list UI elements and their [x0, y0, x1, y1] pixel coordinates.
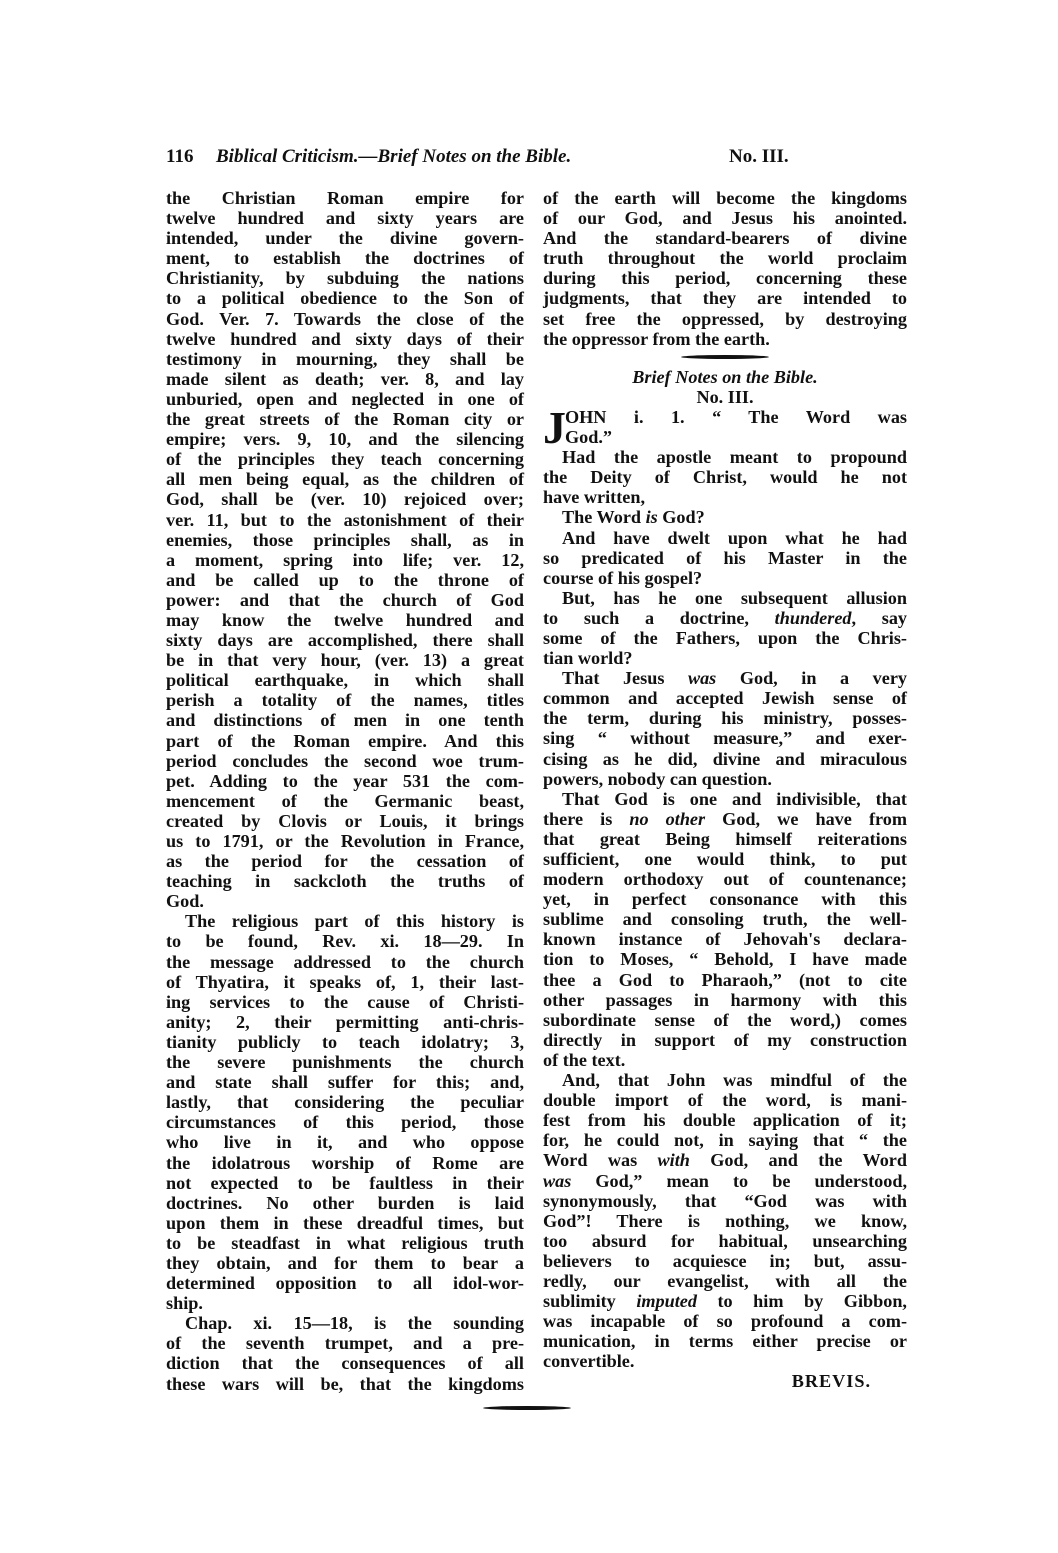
- text-line: twelve hundred and sixty years are: [166, 208, 524, 228]
- text-line: doctrines. No other burden is laid: [166, 1193, 524, 1213]
- text-line: sixty days are accomplished, there shall: [166, 630, 524, 650]
- text-line: And, that John was mindful of the: [543, 1070, 907, 1090]
- text-line: common and accepted Jewish sense of: [543, 688, 907, 708]
- text-line: the great streets of the Roman city or: [166, 409, 524, 429]
- text-line: as the period for the cessation of: [166, 851, 524, 871]
- text-line: for, he could not, in saying that “ the: [543, 1130, 907, 1150]
- text-line: the Deity of Christ, would he not: [543, 467, 907, 487]
- text-line: upon them in these dreadful times, but: [166, 1213, 524, 1233]
- text-line: directly in support of my construction: [543, 1030, 907, 1050]
- text-line: the message addressed to the church: [166, 952, 524, 972]
- text-line: Word was with God, and the Word: [543, 1150, 907, 1170]
- text-line: ship.: [166, 1293, 524, 1313]
- text-line: the Christian Roman empire for: [166, 188, 524, 208]
- text-line: Chap. xi. 15—18, is the sounding: [166, 1313, 524, 1333]
- right-column: of the earth will become the kingdomsof …: [543, 188, 907, 1392]
- text-line: lastly, that considering the peculiar: [166, 1092, 524, 1112]
- text-line: teaching in sackcloth the truths of: [166, 871, 524, 891]
- text-line: anity; 2, their permitting anti-chris-: [166, 1012, 524, 1032]
- text-line: Christianity, by subduing the nations: [166, 268, 524, 288]
- text-line: That Jesus was God, in a very: [543, 668, 907, 688]
- text-line: Had the apostle meant to propound: [543, 447, 907, 467]
- text-line: to such a doctrine, thundered, say: [543, 608, 907, 628]
- text-line: And have dwelt upon what he had: [543, 528, 907, 548]
- text-line: redly, our evangelist, with all the: [543, 1271, 907, 1291]
- section-title: Brief Notes on the Bible.: [543, 367, 907, 387]
- text-line: twelve hundred and sixty days of their: [166, 329, 524, 349]
- author-signature: BREVIS.: [543, 1371, 907, 1391]
- text-line: ment, to establish the doctrines of: [166, 248, 524, 268]
- text-line: political earthquake, in which shall: [166, 670, 524, 690]
- text-line: ing services to the cause of Christi-: [166, 992, 524, 1012]
- text-line: perish a totality of the names, titles: [166, 690, 524, 710]
- text-line: during this period, concerning these: [543, 268, 907, 288]
- text-line: may know the twelve hundred and: [166, 610, 524, 630]
- text-line: circumstances of this period, those: [166, 1112, 524, 1132]
- verse-line-1: OHN i. 1. “ The Word was: [565, 407, 907, 427]
- text-line: sufficient, one would think, to put: [543, 849, 907, 869]
- text-line: the severe punishments the church: [166, 1052, 524, 1072]
- page-number: 116: [166, 146, 193, 168]
- text-line: sublimity imputed to him by Gibbon,: [543, 1291, 907, 1311]
- text-line: power: and that the church of God: [166, 590, 524, 610]
- text-line: thee a God to Pharaoh,” (not to cite: [543, 970, 907, 990]
- text-line: empire; vers. 9, 10, and the silencing: [166, 429, 524, 449]
- text-line: the idolatrous worship of Rome are: [166, 1153, 524, 1173]
- text-line: God. Ver. 7. Towards the close of the: [166, 309, 524, 329]
- page-end-ornament: [483, 1406, 571, 1410]
- left-column: the Christian Roman empire fortwelve hun…: [166, 188, 524, 1394]
- right-column-intro: of the earth will become the kingdomsof …: [543, 188, 907, 349]
- text-line: not expected to be faultless in their: [166, 1173, 524, 1193]
- text-line: and state shall suffer for this; and,: [166, 1072, 524, 1092]
- verse-heading: J OHN i. 1. “ The Word was God.”: [543, 407, 907, 447]
- text-line: to be steadfast in what religious truth: [166, 1233, 524, 1253]
- text-line: too absurd for habitual, unsearching: [543, 1231, 907, 1251]
- text-line: powers, nobody can question.: [543, 769, 907, 789]
- text-line: was God,” mean to be understood,: [543, 1171, 907, 1191]
- text-line: But, has he one subsequent allusion: [543, 588, 907, 608]
- text-line: have written,: [543, 487, 907, 507]
- text-line: part of the Roman empire. And this: [166, 731, 524, 751]
- text-line: believers to acquiesce in; but, assu-: [543, 1251, 907, 1271]
- text-line: us to 1791, or the Revolution in France,: [166, 831, 524, 851]
- running-title: Biblical Criticism.—Brief Notes on the B…: [216, 146, 571, 168]
- text-line: all men being equal, as the children of: [166, 469, 524, 489]
- text-line: there is no other God, we have from: [543, 809, 907, 829]
- text-line: modern orthodoxy out of countenance;: [543, 869, 907, 889]
- text-line: truth throughout the world proclaim: [543, 248, 907, 268]
- text-line: of the seventh trumpet, and a pre-: [166, 1333, 524, 1353]
- text-line: determined opposition to all idol-wor-: [166, 1273, 524, 1293]
- text-line: made silent as death; ver. 8, and lay: [166, 369, 524, 389]
- text-line: tion to Moses, “ Behold, I have made: [543, 949, 907, 969]
- text-line: munication, in terms either precise or: [543, 1331, 907, 1351]
- issue-number: No. III.: [729, 146, 789, 168]
- text-line: cising as he did, divine and miraculous: [543, 749, 907, 769]
- text-line: ver. 11, but to the astonishment of thei…: [166, 510, 524, 530]
- text-line: so predicated of his Master in the: [543, 548, 907, 568]
- text-line: of our God, and Jesus his anointed.: [543, 208, 907, 228]
- right-column-body: Had the apostle meant to propoundthe Dei…: [543, 447, 907, 1371]
- text-line: The Word is God?: [543, 507, 907, 527]
- text-line: of the principles they teach concerning: [166, 449, 524, 469]
- text-line: testimony in mourning, they shall be: [166, 349, 524, 369]
- text-line: that great Being himself reiterations: [543, 829, 907, 849]
- text-line: be in that very hour, (ver. 13) a great: [166, 650, 524, 670]
- section-divider-ornament: [681, 355, 769, 359]
- text-line: these wars will be, that the kingdoms: [166, 1374, 524, 1394]
- text-line: fest from his double application of it;: [543, 1110, 907, 1130]
- text-line: tianity publicly to teach idolatry; 3,: [166, 1032, 524, 1052]
- text-line: tian world?: [543, 648, 907, 668]
- text-line: period concludes the second woe trum-: [166, 751, 524, 771]
- text-line: of the earth will become the kingdoms: [543, 188, 907, 208]
- text-line: set free the oppressed, by destroying: [543, 309, 907, 329]
- text-line: diction that the consequences of all: [166, 1353, 524, 1373]
- text-line: other passages in harmony with this: [543, 990, 907, 1010]
- text-line: the oppressor from the earth.: [543, 329, 907, 349]
- text-line: unburied, open and neglected in one of: [166, 389, 524, 409]
- text-line: judgments, that they are intended to: [543, 288, 907, 308]
- text-line: of the text.: [543, 1050, 907, 1070]
- running-header: 116 Biblical Criticism.—Brief Notes on t…: [166, 146, 886, 170]
- text-line: to be found, Rev. xi. 18—29. In: [166, 931, 524, 951]
- text-line: pet. Adding to the year 531 the com-: [166, 771, 524, 791]
- text-line: intended, under the divine govern-: [166, 228, 524, 248]
- text-line: and distinctions of men in one tenth: [166, 710, 524, 730]
- text-line: created by Clovis or Louis, it brings: [166, 811, 524, 831]
- text-line: mencement of the Germanic beast,: [166, 791, 524, 811]
- text-line: known instance of Jehovah's declara-: [543, 929, 907, 949]
- text-line: enemies, those principles shall, as in: [166, 530, 524, 550]
- text-line: subordinate sense of the word,) comes: [543, 1010, 907, 1030]
- text-line: sing “ without measure,” and exer-: [543, 728, 907, 748]
- text-line: was incapable of so profound a com-: [543, 1311, 907, 1331]
- text-line: God.: [166, 891, 524, 911]
- section-number: No. III.: [543, 387, 907, 407]
- text-line: double import of the word, is mani-: [543, 1090, 907, 1110]
- text-line: course of his gospel?: [543, 568, 907, 588]
- text-line: and be called up to the throne of: [166, 570, 524, 590]
- text-line: convertible.: [543, 1351, 907, 1371]
- text-line: a moment, spring into life; ver. 12,: [166, 550, 524, 570]
- text-line: That God is one and indivisible, that: [543, 789, 907, 809]
- text-line: who live in it, and who oppose: [166, 1132, 524, 1152]
- text-line: they obtain, and for them to bear a: [166, 1253, 524, 1273]
- text-line: God, shall be (ver. 10) rejoiced over;: [166, 489, 524, 509]
- text-line: the term, during his ministry, posses-: [543, 708, 907, 728]
- text-line: And the standard-bearers of divine: [543, 228, 907, 248]
- text-line: to a political obedience to the Son of: [166, 288, 524, 308]
- text-line: sublime and consoling truth, the well-: [543, 909, 907, 929]
- text-line: synonymously, that “God was with: [543, 1191, 907, 1211]
- text-line: yet, in perfect consonance with this: [543, 889, 907, 909]
- verse-line-2: God.”: [565, 427, 907, 447]
- text-line: God”! There is nothing, we know,: [543, 1211, 907, 1231]
- text-line: some of the Fathers, upon the Chris-: [543, 628, 907, 648]
- drop-cap: J: [543, 407, 566, 449]
- text-line: The religious part of this history is: [166, 911, 524, 931]
- text-line: of Thyatira, it speaks of, 1, their last…: [166, 972, 524, 992]
